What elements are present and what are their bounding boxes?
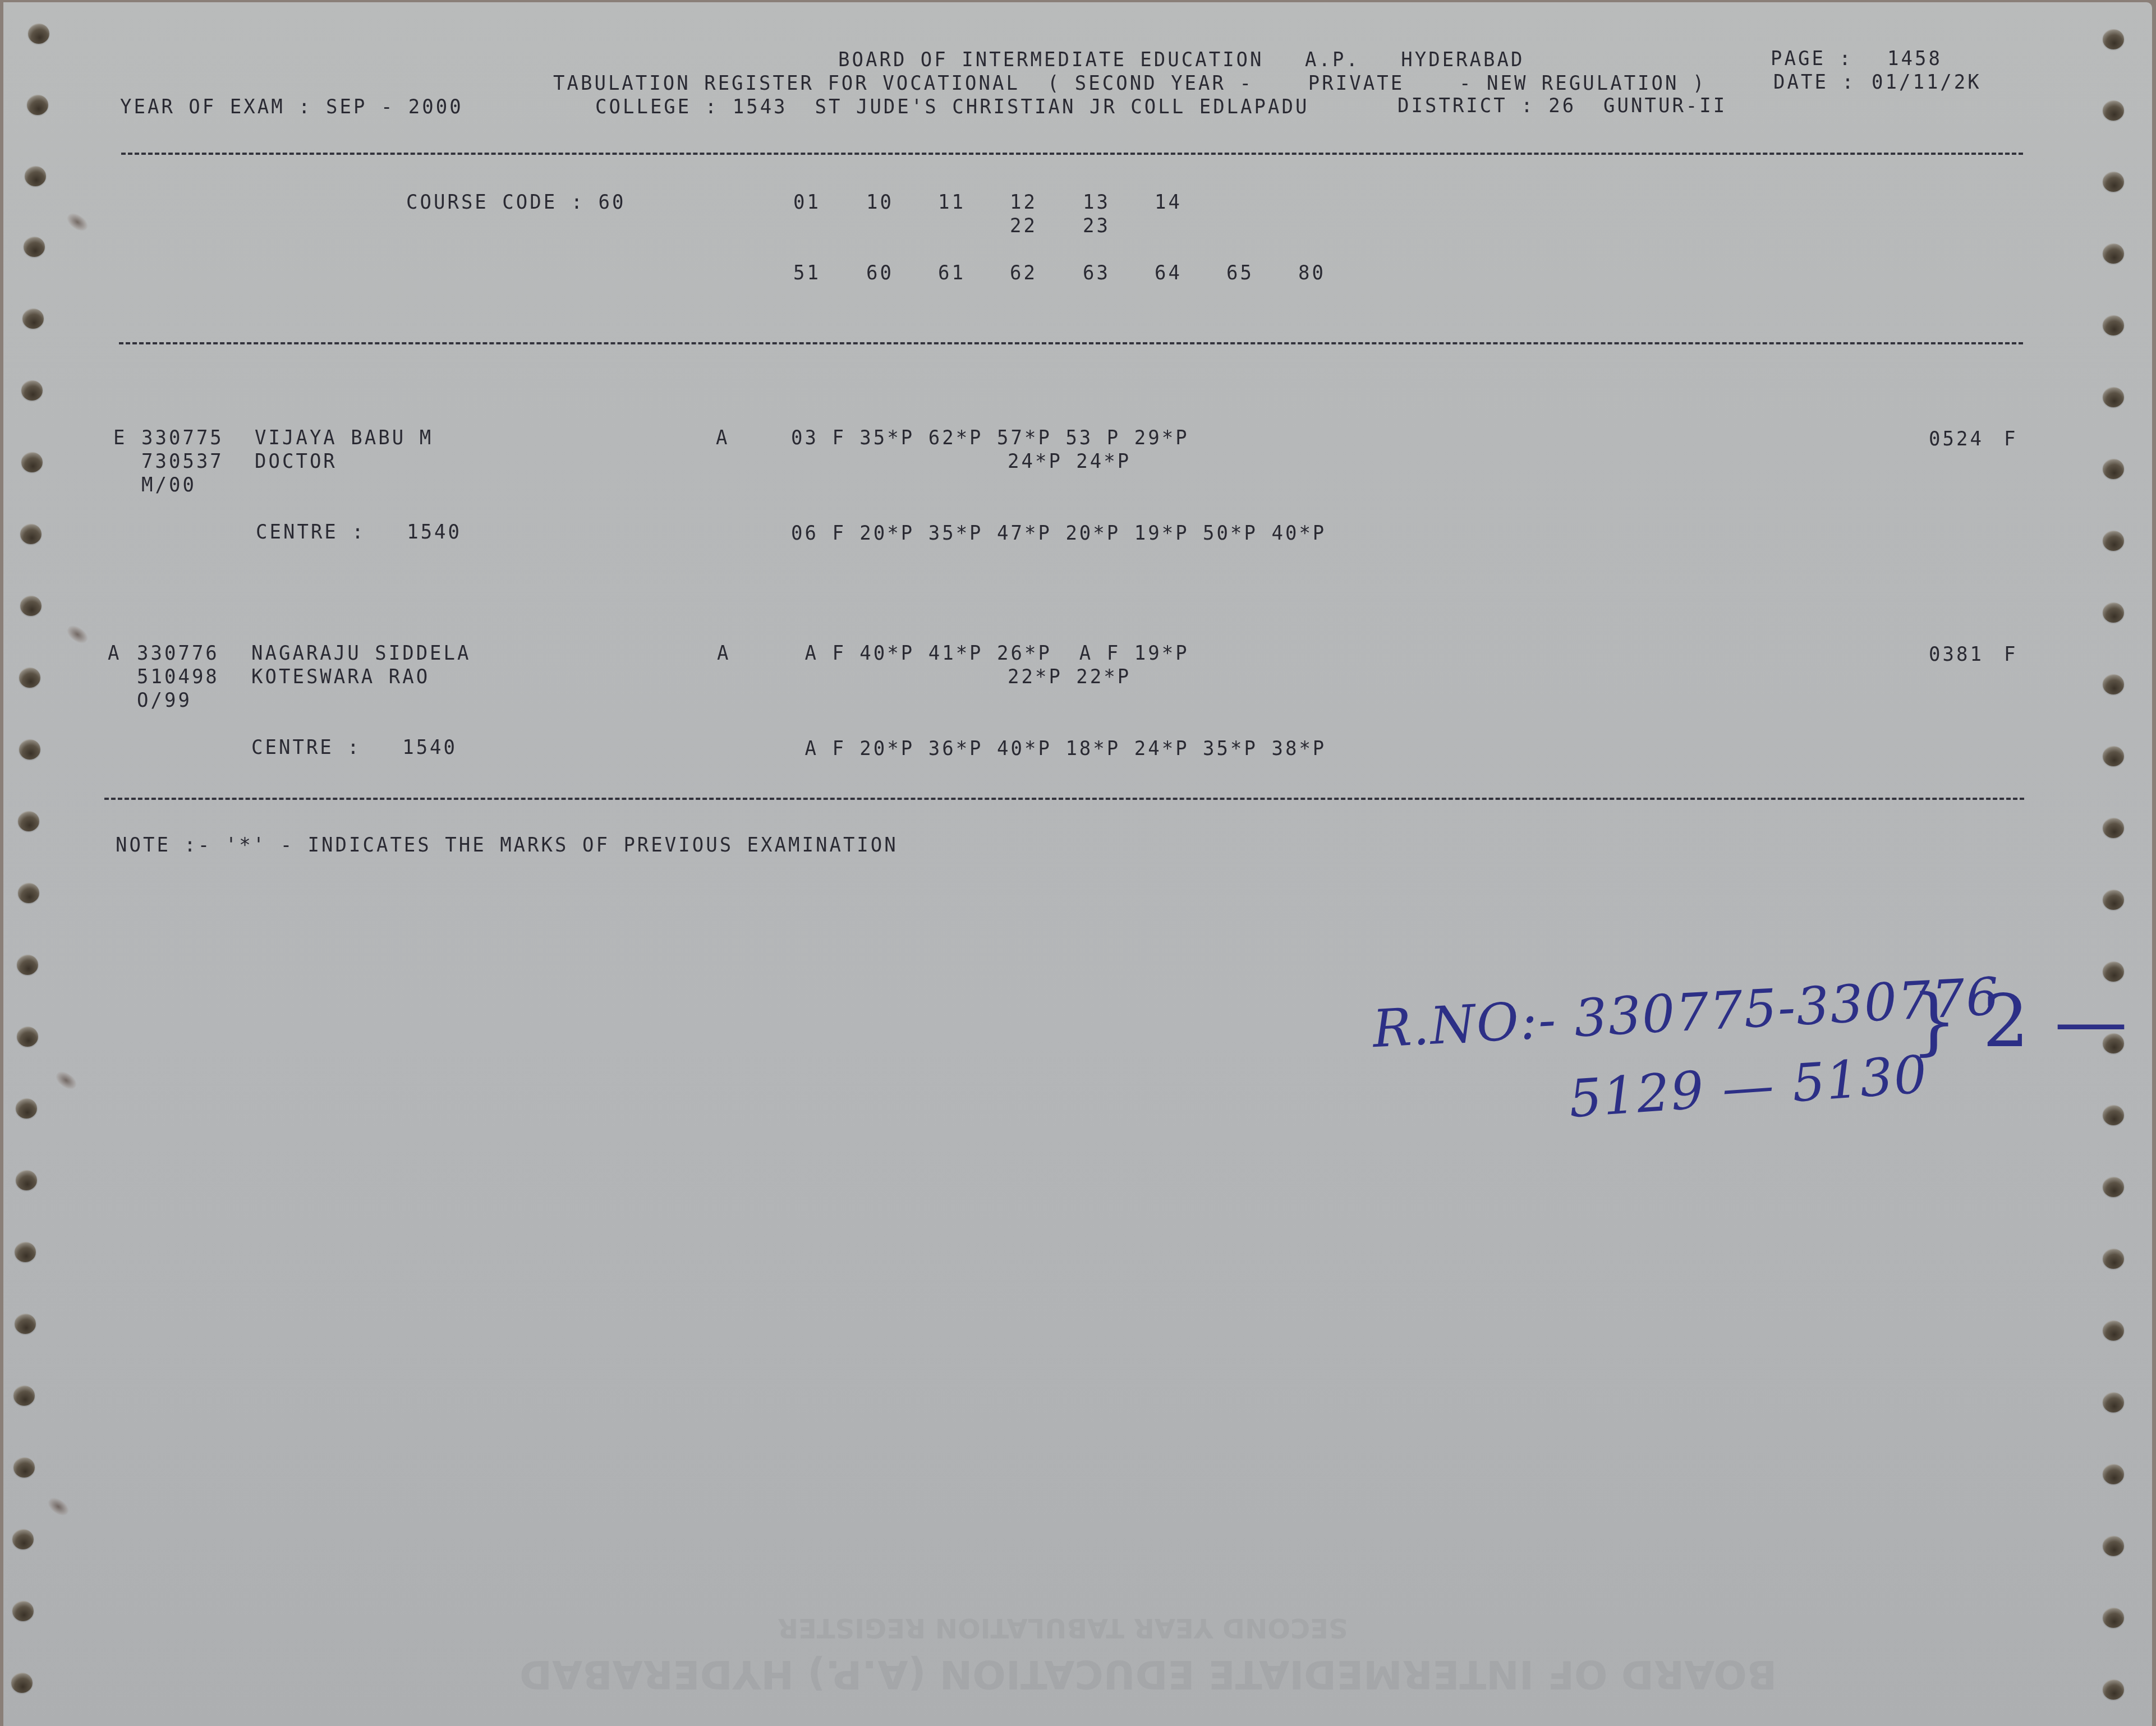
handwritten-brace-count: } 2 —: [1911, 978, 2129, 1064]
district-info: DISTRICT : 26 GUNTUR-II: [1398, 94, 1727, 117]
subject-code: 23: [1083, 214, 1110, 237]
register-title: TABULATION REGISTER FOR VOCATIONAL ( SEC…: [553, 71, 1706, 95]
candidate-name: NAGARAJU SIDDELA: [251, 641, 471, 665]
subject-code: 11: [938, 190, 966, 214]
feed-hole-icon: [24, 237, 45, 257]
feed-hole-icon: [2103, 387, 2124, 407]
subject-code: 63: [1083, 261, 1110, 284]
subject-code: 22: [1010, 214, 1037, 237]
records-separator: [104, 798, 2024, 800]
left-tractor-feed-holes: [15, 2, 48, 1726]
page-label: PAGE :: [1771, 47, 1853, 70]
feed-hole-icon: [16, 1098, 37, 1119]
staple-tear-mark: [45, 1495, 72, 1519]
candidate-marks-row-2: 24*P 24*P: [1008, 449, 1131, 473]
footnote: NOTE :- '*' - INDICATES THE MARKS OF PRE…: [116, 833, 898, 857]
college-info: COLLEGE : 1543 ST JUDE'S CHRISTIAN JR CO…: [595, 95, 1309, 118]
candidate-result: F: [2004, 427, 2017, 450]
subject-code: 10: [866, 190, 894, 214]
feed-hole-icon: [12, 1529, 34, 1549]
candidate-roll-no: 330776: [137, 641, 219, 665]
feed-hole-icon: [21, 380, 43, 401]
feed-hole-icon: [2103, 100, 2124, 121]
year-of-exam: YEAR OF EXAM : SEP - 2000: [120, 95, 463, 118]
page-number: 1458: [1887, 47, 1942, 70]
subject-code: 62: [1010, 261, 1037, 284]
feed-hole-icon: [15, 1314, 36, 1334]
feed-hole-icon: [18, 883, 39, 903]
candidate-code: O/99: [137, 688, 192, 712]
course-separator: [119, 342, 2023, 344]
feed-hole-icon: [11, 1673, 33, 1693]
feed-hole-icon: [2103, 674, 2124, 694]
feed-hole-icon: [2103, 315, 2124, 335]
feed-hole-icon: [2103, 531, 2124, 551]
candidate-marks-row-3: A F 20*P 36*P 40*P 18*P 24*P 35*P 38*P: [791, 737, 1326, 760]
subject-code: 61: [938, 261, 966, 284]
feed-hole-icon: [2103, 818, 2124, 838]
candidate-total: 0381: [1929, 642, 1984, 666]
feed-hole-icon: [2103, 602, 2124, 623]
feed-hole-icon: [19, 739, 40, 760]
tabulation-register-sheet: BOARD OF INTERMEDIATE EDUCATION (A.P.) H…: [3, 2, 2152, 1726]
staple-tear-mark: [65, 210, 91, 234]
candidate-parent-name: DOCTOR: [255, 449, 337, 473]
candidate-roll-no: 330775: [141, 426, 224, 449]
subject-code: 60: [866, 261, 894, 284]
subject-code: 65: [1226, 261, 1254, 284]
date-label: DATE :: [1773, 70, 1856, 94]
candidate-code: M/00: [141, 473, 196, 496]
candidate-centre: CENTRE : 1540: [251, 735, 457, 759]
feed-hole-icon: [17, 1027, 38, 1047]
candidate-result: F: [2004, 642, 2017, 666]
feed-hole-icon: [22, 309, 44, 329]
handwritten-sheet-range: 5129 — 5130: [1567, 1044, 1930, 1129]
feed-hole-icon: [17, 955, 38, 975]
date-value: 01/11/2K: [1872, 70, 1982, 94]
course-code-label: COURSE CODE : 60: [406, 190, 626, 214]
subject-code: 80: [1298, 261, 1326, 284]
feed-hole-icon: [20, 596, 42, 616]
feed-hole-icon: [2103, 1536, 2124, 1556]
right-tractor-feed-holes: [2096, 2, 2130, 1726]
bleed-through-subtitle: SECOND YEAR TABULATION REGISTER: [778, 1612, 1348, 1644]
feed-hole-icon: [12, 1601, 34, 1621]
feed-hole-icon: [16, 1170, 37, 1190]
feed-hole-icon: [2103, 1464, 2124, 1484]
feed-hole-icon: [2103, 172, 2124, 192]
candidate-medium: A: [717, 641, 730, 665]
candidate-total: 0524: [1929, 427, 1984, 450]
feed-hole-icon: [2103, 1679, 2124, 1700]
feed-hole-icon: [2103, 243, 2124, 264]
feed-hole-icon: [2103, 1105, 2124, 1125]
candidate-name: VIJAYA BABU M: [255, 426, 433, 449]
subject-code: 64: [1155, 261, 1182, 284]
feed-hole-icon: [28, 24, 49, 44]
candidate-marks-row-1: 03 F 35*P 62*P 57*P 53 P 29*P: [791, 426, 1189, 449]
subject-code: 13: [1083, 190, 1110, 214]
board-title: BOARD OF INTERMEDIATE EDUCATION A.P. HYD…: [838, 48, 1525, 71]
feed-hole-icon: [2103, 746, 2124, 766]
feed-hole-icon: [2103, 29, 2124, 49]
subject-code: 14: [1155, 190, 1182, 214]
feed-hole-icon: [2103, 459, 2124, 479]
candidate-marks-row-1: A F 40*P 41*P 26*P A F 19*P: [791, 641, 1189, 665]
candidate-marks-row-2: 22*P 22*P: [1008, 665, 1131, 688]
feed-hole-icon: [25, 166, 46, 186]
candidate-parent-name: KOTESWARA RAO: [251, 665, 430, 688]
staple-tear-mark: [53, 1069, 80, 1093]
staple-tear-mark: [65, 623, 91, 647]
candidate-centre: CENTRE : 1540: [256, 520, 462, 544]
feed-hole-icon: [2103, 1249, 2124, 1269]
candidate-reg-no: 510498: [137, 665, 219, 688]
feed-hole-icon: [2103, 1608, 2124, 1628]
feed-hole-icon: [2103, 1320, 2124, 1341]
feed-hole-icon: [21, 452, 43, 472]
bleed-through-title: BOARD OF INTERMEDIATE EDUCATION (A.P.) H…: [520, 1651, 1777, 1697]
feed-hole-icon: [20, 524, 42, 544]
feed-hole-icon: [13, 1457, 35, 1478]
subject-code: 51: [793, 261, 821, 284]
feed-hole-icon: [15, 1242, 36, 1262]
candidate-medium: A: [716, 426, 729, 449]
subject-code: 12: [1010, 190, 1037, 214]
feed-hole-icon: [2103, 890, 2124, 910]
feed-hole-icon: [27, 95, 48, 115]
feed-hole-icon: [19, 668, 40, 688]
subject-code: 01: [793, 190, 821, 214]
feed-hole-icon: [18, 811, 39, 831]
candidate-marks-row-3: 06 F 20*P 35*P 47*P 20*P 19*P 50*P 40*P: [791, 521, 1326, 545]
feed-hole-icon: [2103, 1177, 2124, 1197]
candidate-category: E: [113, 426, 127, 449]
candidate-category: A: [108, 641, 121, 665]
candidate-reg-no: 730537: [141, 449, 224, 473]
header-separator: [121, 153, 2023, 155]
feed-hole-icon: [2103, 1392, 2124, 1412]
feed-hole-icon: [13, 1386, 35, 1406]
